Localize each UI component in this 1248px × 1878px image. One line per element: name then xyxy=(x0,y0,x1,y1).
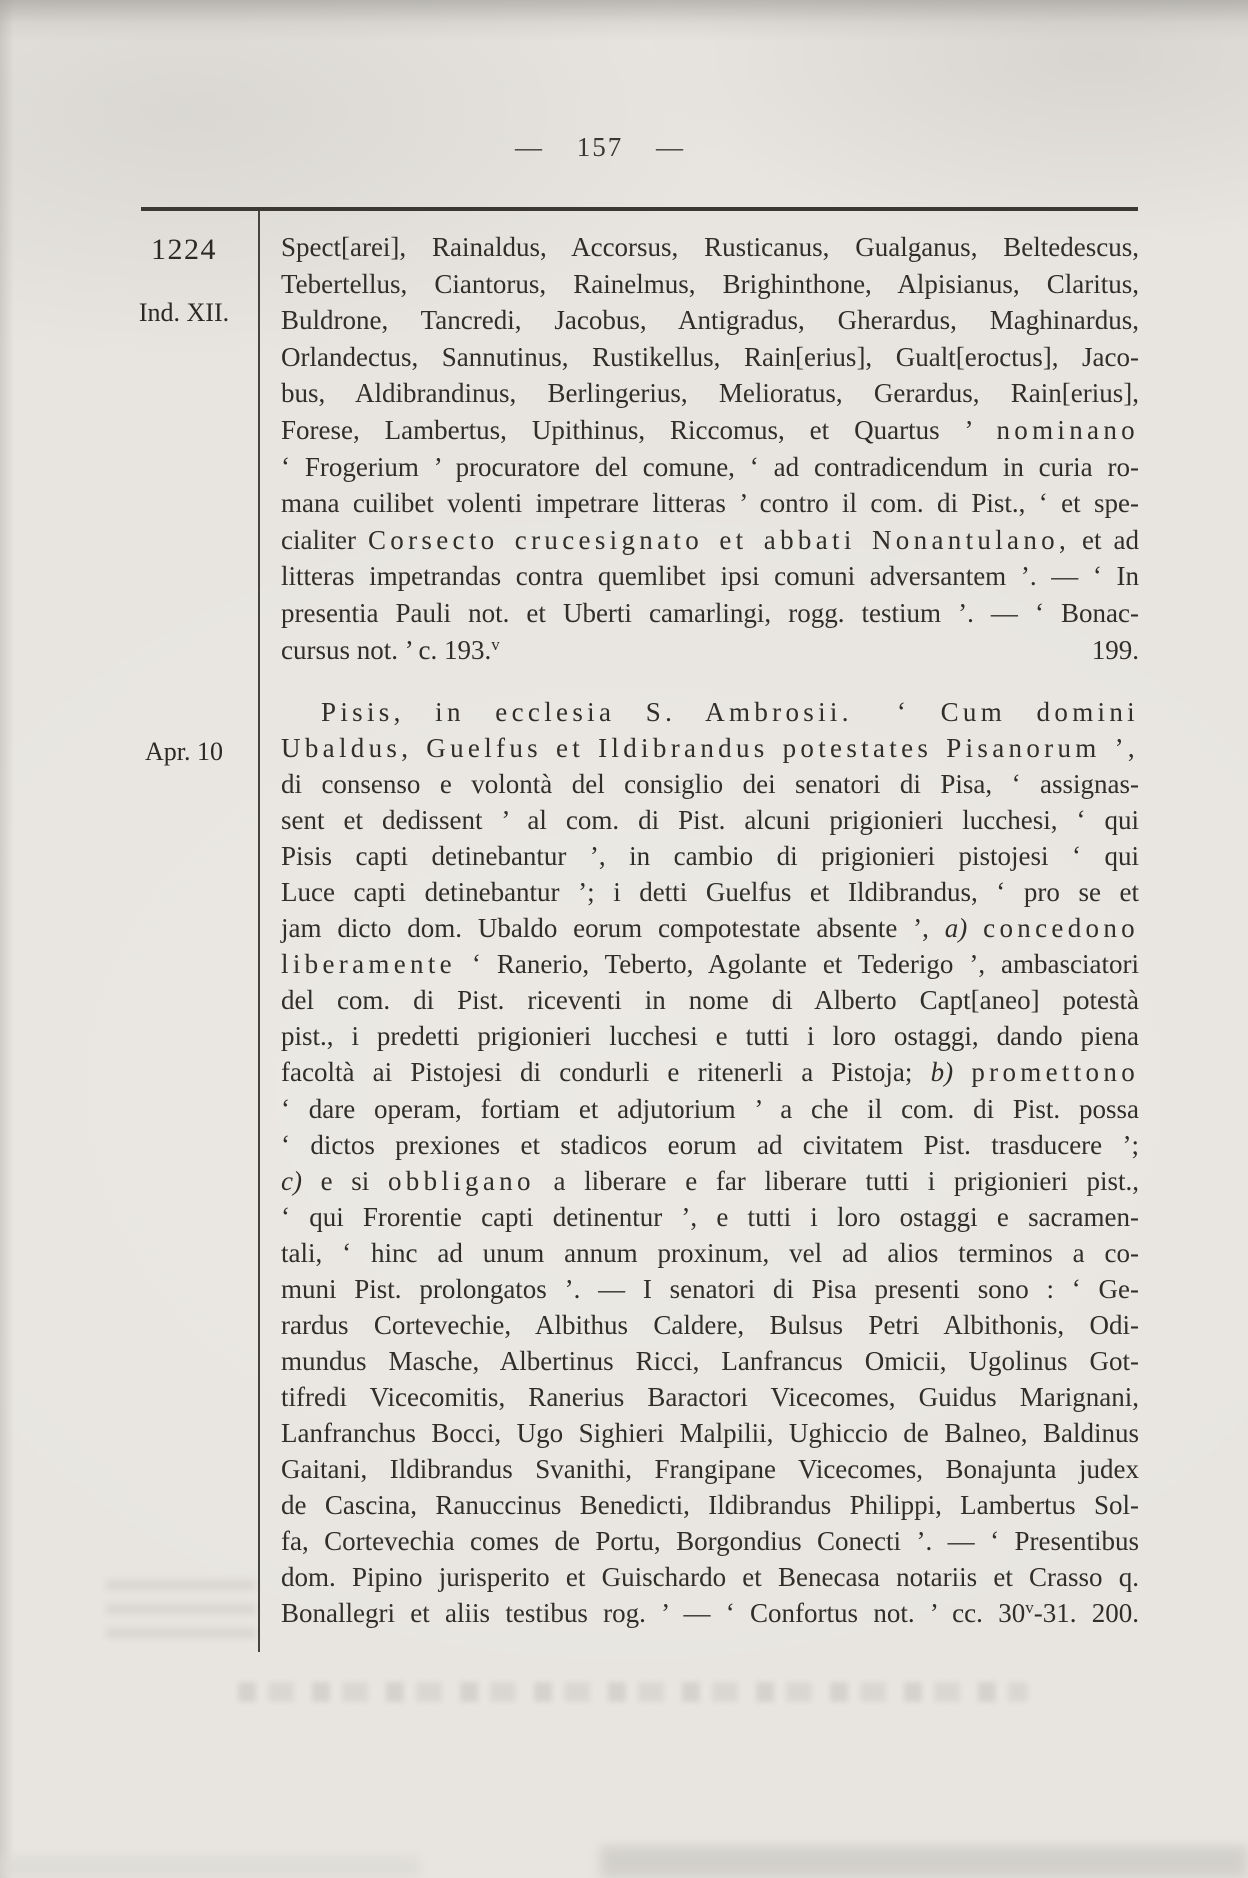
text-segment: -31. 200. xyxy=(1034,1598,1139,1628)
scan-artifact-top-shade xyxy=(0,0,1248,42)
text-segment: concedono xyxy=(983,913,1139,943)
text-line: Bonallegri et aliis testibus rog. ’ — ‘ … xyxy=(281,1595,1139,1635)
text-segment: Bonallegri et aliis testibus rog. ’ — ‘ … xyxy=(281,1598,1025,1628)
page-number: — 157 — xyxy=(140,132,1060,163)
text-segment: ‘ dictos prexiones et stadicos eorum ad … xyxy=(281,1130,1139,1160)
scan-artifact-bottom-left xyxy=(0,1856,420,1878)
text-line: dom. Pipino jurisperito et Guischardo et… xyxy=(281,1559,1139,1595)
text-segment: tali, ‘ hinc ad unum annum proxinum, vel… xyxy=(281,1238,1139,1268)
text-segment: jam dicto dom. Ubaldo eorum compotestate… xyxy=(281,913,945,943)
text-line: cialiter Corsecto crucesignato et abbati… xyxy=(281,522,1139,559)
text-segment: Forese, Lambertus, Upithinus, Riccomus, … xyxy=(281,415,996,445)
text-segment: a) xyxy=(945,913,968,943)
text-segment: e si xyxy=(302,1166,388,1196)
text-segment: obbligano xyxy=(388,1166,535,1196)
text-line: Luce capti detinebantur ’; i detti Guelf… xyxy=(281,874,1139,910)
margin-note-indiction: Ind. XII. xyxy=(118,298,250,328)
superscript-note: v xyxy=(1025,1598,1034,1617)
text-segment: muni Pist. prolongatos ’. — I senatori d… xyxy=(281,1274,1139,1304)
text-segment: Luce capti detinebantur ’; i detti Guelf… xyxy=(281,877,1139,907)
text-segment: facoltà ai Pistojesi di condurli e riten… xyxy=(281,1057,931,1087)
text-segment xyxy=(967,913,983,943)
text-segment: de Cascina, Ranuccinus Benedicti, Ildibr… xyxy=(281,1490,1139,1520)
text-line: Lanfranchus Bocci, Ugo Sighieri Malpilii… xyxy=(281,1415,1139,1451)
text-segment: ‘ dare operam, fortiam et adjutorium ’ a… xyxy=(281,1094,1139,1124)
text-line: Pisis, in ecclesia S. Ambrosii.‘ Cum dom… xyxy=(281,694,1139,730)
text-line: ‘ qui Frorentie capti detinentur ’, e tu… xyxy=(281,1199,1139,1235)
text-segment: Orlandectus, Sannutinus, Rustikellus, Ra… xyxy=(281,342,1139,372)
text-segment: Pisis capti detinebantur ’, in cambio di… xyxy=(281,841,1139,871)
text-segment: ‘ Frogerium ’ procuratore del comune, ‘ … xyxy=(281,452,1139,482)
text-line: Gaitani, Ildibrandus Svanithi, Frangipan… xyxy=(281,1451,1139,1487)
text-segment: c) xyxy=(281,1166,302,1196)
text-segment: cursus not. ’ c. 193. xyxy=(281,632,491,669)
text-line: Orlandectus, Sannutinus, Rustikellus, Ra… xyxy=(281,339,1139,376)
text-segment: Tebertellus, Ciantorus, Rainelmus, Brigh… xyxy=(281,269,1139,299)
text-line: del com. di Pist. riceventi in nome di A… xyxy=(281,982,1139,1018)
text-line: fa, Cortevechia comes de Portu, Borgondi… xyxy=(281,1523,1139,1559)
text-segment: Spect[arei], Rainaldus, Accorsus, Rustic… xyxy=(281,232,1139,262)
text-segment: Pisis, in ecclesia S. Ambrosii. xyxy=(321,697,853,727)
text-line: muni Pist. prolongatos ’. — I senatori d… xyxy=(281,1271,1139,1307)
text-segment: di consenso e volontà del consiglio dei … xyxy=(281,769,1139,799)
text-segment: del com. di Pist. riceventi in nome di A… xyxy=(281,985,1139,1015)
text-line: mana cuilibet volenti impetrare litteras… xyxy=(281,485,1139,522)
text-segment: Ubaldus, Guelfus et Ildibrandus potestat… xyxy=(281,733,1139,763)
text-segment: mundus Masche, Albertinus Ricci, Lanfran… xyxy=(281,1346,1139,1376)
text-line: litteras impetrandas contra quemlibet ip… xyxy=(281,558,1139,595)
text-segment: et ad xyxy=(1070,525,1139,555)
text-line: Buldrone, Tancredi, Jacobus, Antigradus,… xyxy=(281,302,1139,339)
text-line: tifredi Vicecomitis, Ranerius Baractori … xyxy=(281,1379,1139,1415)
scan-artifact-left-edge xyxy=(0,0,14,1878)
margin-column-rule xyxy=(258,211,260,1652)
text-segment: litteras impetrandas contra quemlibet ip… xyxy=(281,561,1139,591)
text-segment: fa, Cortevechia comes de Portu, Borgondi… xyxy=(281,1526,1139,1556)
text-segment: liberamente xyxy=(281,949,456,979)
text-segment: Gaitani, Ildibrandus Svanithi, Frangipan… xyxy=(281,1454,1139,1484)
text-line: ‘ Frogerium ’ procuratore del comune, ‘ … xyxy=(281,449,1139,486)
scanned-book-page: — 157 — 1224 Ind. XII. Apr. 10 Spect[are… xyxy=(0,0,1248,1878)
header-rule xyxy=(141,207,1138,211)
text-line: mundus Masche, Albertinus Ricci, Lanfran… xyxy=(281,1343,1139,1379)
text-segment: 199. xyxy=(1092,632,1139,669)
text-line: jam dicto dom. Ubaldo eorum compotestate… xyxy=(281,910,1139,946)
text-segment: ‘ Ranerio, Teberto, Agolante et Tederigo… xyxy=(456,949,1139,979)
text-segment: pist., i predetti prigionieri lucchesi e… xyxy=(281,1021,1139,1051)
text-line: cursus not. ’ c. 193.v199. xyxy=(281,632,1139,673)
text-segment: cialiter xyxy=(281,525,368,555)
text-line: Ubaldus, Guelfus et Ildibrandus potestat… xyxy=(281,730,1139,766)
text-line: rardus Cortevechie, Albithus Caldere, Bu… xyxy=(281,1307,1139,1343)
text-line: tali, ‘ hinc ad unum annum proxinum, vel… xyxy=(281,1235,1139,1271)
text-segment: tifredi Vicecomitis, Ranerius Baractori … xyxy=(281,1382,1139,1412)
text-line: facoltà ai Pistojesi di condurli e riten… xyxy=(281,1054,1139,1090)
text-segment: ‘ qui Frorentie capti detinentur ’, e tu… xyxy=(281,1202,1139,1232)
text-line: Spect[arei], Rainaldus, Accorsus, Rustic… xyxy=(281,229,1139,266)
scan-artifact-bottom-right xyxy=(600,1846,1248,1878)
entry-1224-text-block: Spect[arei], Rainaldus, Accorsus, Rustic… xyxy=(281,229,1139,672)
margin-note-year: 1224 xyxy=(118,233,250,267)
text-segment: b) xyxy=(931,1057,954,1087)
text-segment: Corsecto crucesignato et abbati Nonantul… xyxy=(368,525,1070,555)
text-line: c) e si obbligano a liberare e far liber… xyxy=(281,1163,1139,1199)
superscript-note: v xyxy=(491,627,500,664)
text-segment: mana cuilibet volenti impetrare litteras… xyxy=(281,488,1139,518)
text-line: ‘ dare operam, fortiam et adjutorium ’ a… xyxy=(281,1091,1139,1127)
text-segment: Lanfranchus Bocci, Ugo Sighieri Malpilii… xyxy=(281,1418,1139,1448)
text-segment: dom. Pipino jurisperito et Guischardo et… xyxy=(281,1562,1139,1592)
text-segment: bus, Aldibrandinus, Berlingerius, Melior… xyxy=(281,378,1139,408)
text-line: bus, Aldibrandinus, Berlingerius, Melior… xyxy=(281,375,1139,412)
text-line: ‘ dictos prexiones et stadicos eorum ad … xyxy=(281,1127,1139,1163)
text-segment: ‘ Cum domini xyxy=(897,697,1139,727)
text-segment xyxy=(953,1057,971,1087)
text-line: Pisis capti detinebantur ’, in cambio di… xyxy=(281,838,1139,874)
text-line: Tebertellus, Ciantorus, Rainelmus, Brigh… xyxy=(281,266,1139,303)
text-line: liberamente ‘ Ranerio, Teberto, Agolante… xyxy=(281,946,1139,982)
text-segment: nominano xyxy=(996,415,1139,445)
scan-artifact-margin-smudge xyxy=(106,1572,256,1638)
text-segment: Buldrone, Tancredi, Jacobus, Antigradus,… xyxy=(281,305,1139,335)
entry-apr10-text-block: Pisis, in ecclesia S. Ambrosii.‘ Cum dom… xyxy=(281,694,1139,1635)
text-segment: presentia Pauli not. et Uberti camarling… xyxy=(281,598,1139,628)
text-line: Forese, Lambertus, Upithinus, Riccomus, … xyxy=(281,412,1139,449)
scan-artifact-bleedthrough-strip xyxy=(238,1682,1028,1702)
margin-note-date: Apr. 10 xyxy=(118,737,250,767)
text-segment: sent et dedissent ’ al com. di Pist. alc… xyxy=(281,805,1139,835)
text-line: de Cascina, Ranuccinus Benedicti, Ildibr… xyxy=(281,1487,1139,1523)
text-line: di consenso e volontà del consiglio dei … xyxy=(281,766,1139,802)
text-segment: a liberare e far liberare tutti i prigio… xyxy=(535,1166,1139,1196)
text-line: sent et dedissent ’ al com. di Pist. alc… xyxy=(281,802,1139,838)
text-line: presentia Pauli not. et Uberti camarling… xyxy=(281,595,1139,632)
text-segment: promettono xyxy=(971,1057,1139,1087)
text-segment: rardus Cortevechie, Albithus Caldere, Bu… xyxy=(281,1310,1139,1340)
text-line: pist., i predetti prigionieri lucchesi e… xyxy=(281,1018,1139,1054)
